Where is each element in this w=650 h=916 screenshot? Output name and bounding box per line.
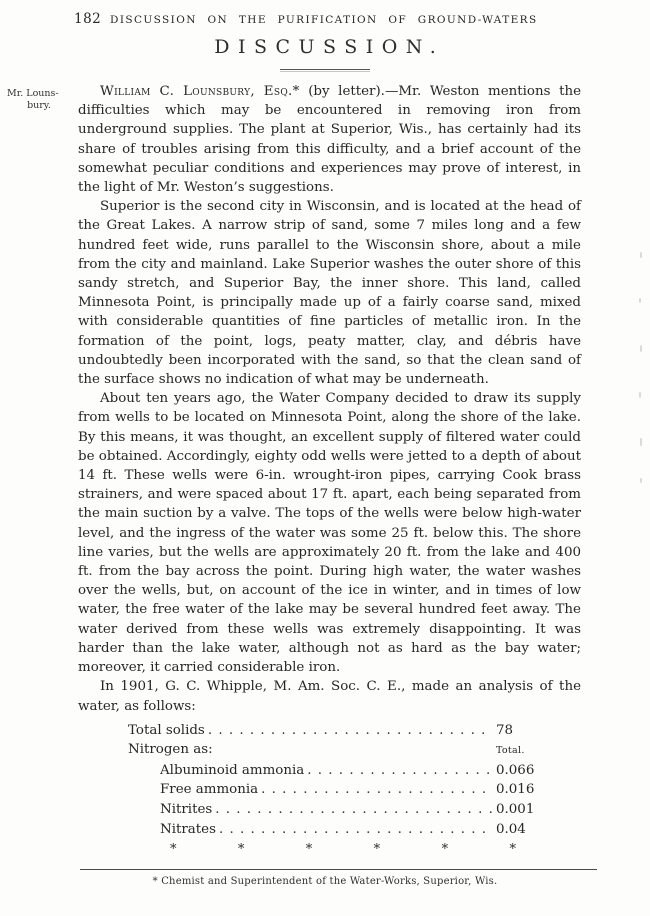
scan-artifact — [639, 392, 641, 398]
row-value: 0.016 — [496, 780, 542, 800]
footnote-rule — [80, 869, 597, 870]
dot-leader — [215, 800, 493, 820]
row-value: 0.001 — [496, 800, 542, 820]
dot-leader — [261, 780, 493, 800]
row-label: Free ammonia — [160, 780, 258, 800]
asterisk: * — [442, 840, 449, 859]
dot-leader — [307, 761, 493, 781]
group-label: Nitrogen as: — [128, 740, 213, 760]
row-value: 0.066 — [496, 761, 542, 781]
section-title: DISCUSSION. — [0, 36, 650, 58]
paragraph-4: In 1901, G. C. Whipple, M. Am. Soc. C. E… — [78, 677, 581, 715]
scan-artifact — [640, 252, 642, 258]
water-analysis-table: Total solids 78 Nitrogen as: Total. Albu… — [128, 721, 542, 840]
title-rule — [280, 69, 370, 72]
row-value: 78 — [487, 721, 542, 741]
paragraph-3: About ten years ago, the Water Company d… — [78, 389, 581, 677]
running-header: 182 DISCUSSION ON THE PURIFICATION OF GR… — [0, 11, 650, 29]
row-value: 0.04 — [496, 820, 542, 840]
dot-leader — [208, 721, 484, 741]
paragraph-1: William C. Lounsbury, Esq.* (by letter).… — [78, 82, 581, 197]
page-number: 182 — [74, 11, 101, 27]
body-text-column: William C. Lounsbury, Esq.* (by letter).… — [78, 82, 581, 859]
paragraph-2: Superior is the second city in Wisconsin… — [78, 197, 581, 389]
table-row: Albuminoid ammonia 0.066 — [128, 761, 542, 781]
margin-note-line2: bury. — [7, 100, 71, 112]
asterisk: * — [238, 840, 245, 859]
row-label: Nitrates — [160, 820, 216, 840]
row-label: Albuminoid ammonia — [160, 761, 304, 781]
row-label: Nitrites — [160, 800, 212, 820]
asterisk: * — [306, 840, 313, 859]
asterisk: * — [170, 840, 177, 859]
running-title: DISCUSSION ON THE PURIFICATION OF GROUND… — [110, 14, 538, 26]
scan-artifact — [639, 298, 641, 303]
table-row: Nitrites 0.001 — [128, 800, 542, 820]
dot-leader — [219, 820, 493, 840]
table-row-total-solids: Total solids 78 — [128, 721, 542, 741]
speaker-name: William C. Lounsbury, Esq.* — [100, 84, 300, 99]
footnote: * Chemist and Superintendent of the Wate… — [0, 876, 650, 887]
table-row: Nitrates 0.04 — [128, 820, 542, 840]
row-label: Total solids — [128, 721, 205, 741]
scan-artifact — [640, 345, 642, 352]
asterisk-separator: * * * * * * — [170, 840, 516, 859]
asterisk: * — [374, 840, 381, 859]
margin-note-line1: Mr. Louns- — [7, 88, 71, 100]
book-page: 182 DISCUSSION ON THE PURIFICATION OF GR… — [0, 0, 650, 916]
table-row: Free ammonia 0.016 — [128, 780, 542, 800]
paragraph-1-text: (by letter).—Mr. Weston mentions the dif… — [78, 84, 581, 195]
margin-note-speaker: Mr. Louns- bury. — [7, 88, 71, 111]
asterisk: * — [509, 840, 516, 859]
scan-artifact — [640, 478, 642, 483]
table-group-header: Nitrogen as: Total. — [128, 740, 542, 761]
value-column-header: Total. — [496, 741, 542, 761]
scan-artifact — [640, 438, 642, 446]
